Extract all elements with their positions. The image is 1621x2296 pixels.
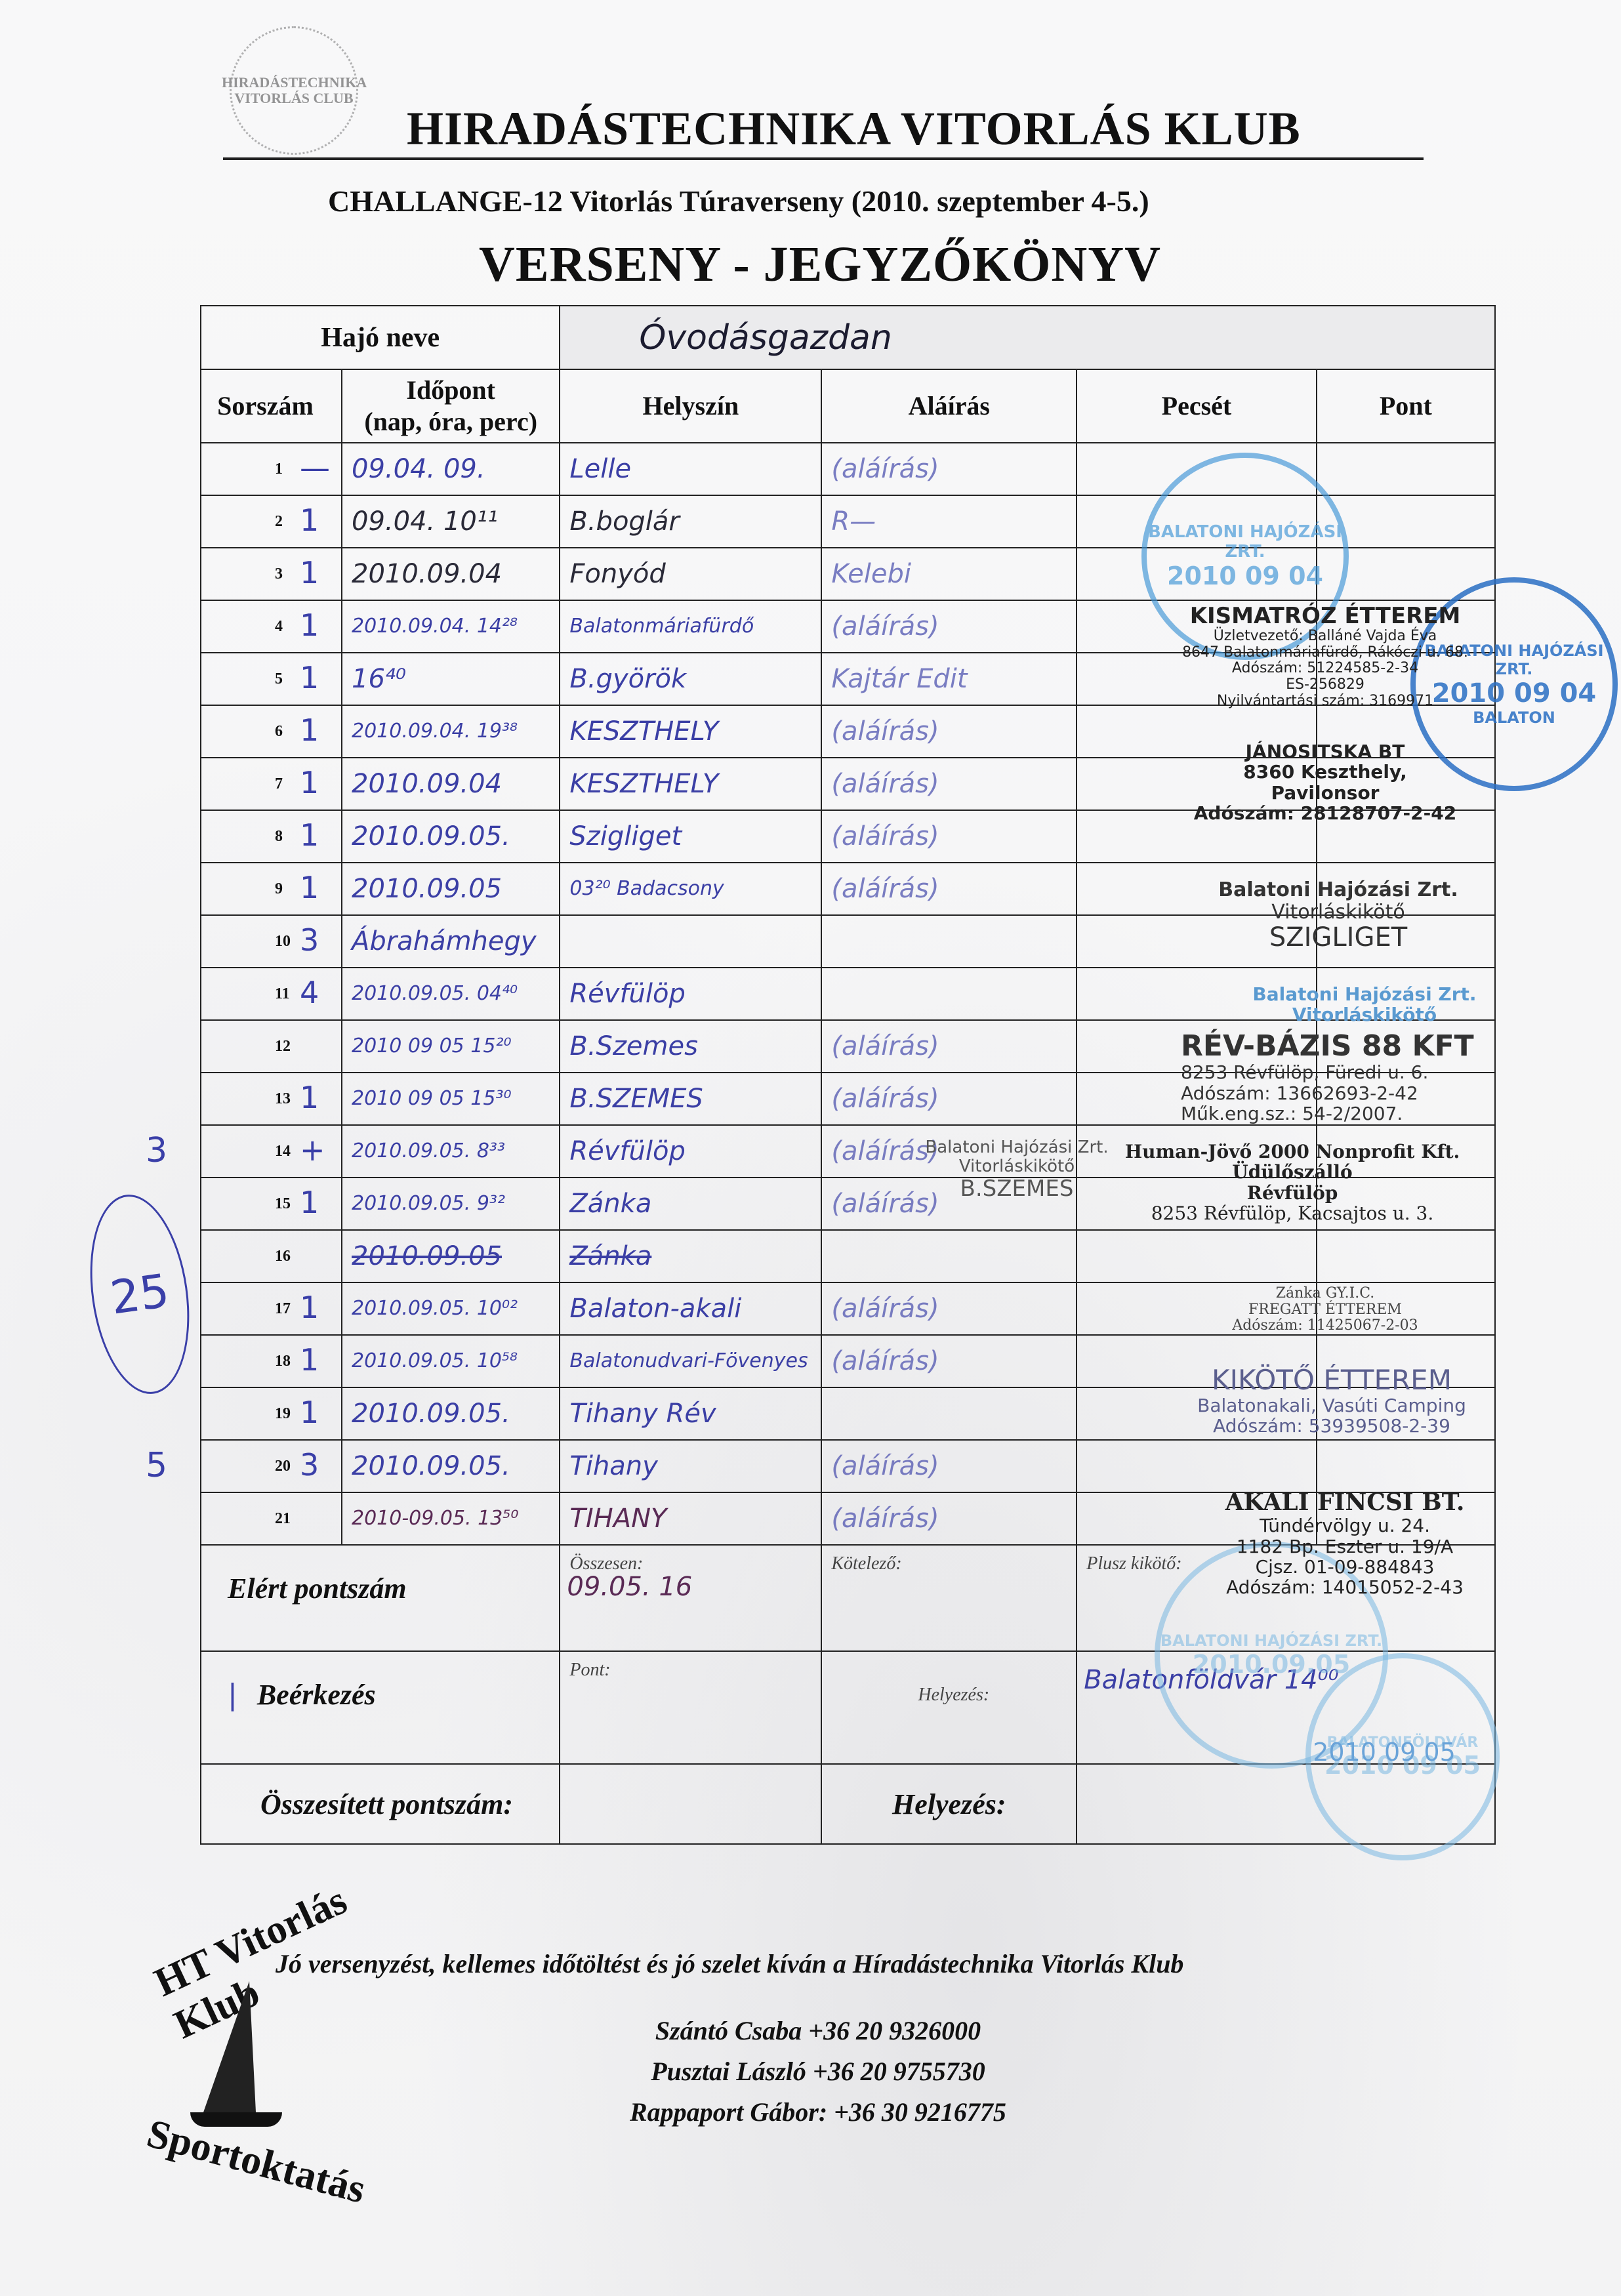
- aggregate-row: Összesített pontszám: Helyezés:: [201, 1764, 1495, 1844]
- stamp-rev-kft-line: 8253 Révfülöp, Füredi u. 6.: [1181, 1062, 1522, 1082]
- stamp-humanjovo-line: Révfülöp: [1069, 1183, 1515, 1203]
- row-place[interactable]: 03²⁰ Badacsony: [560, 863, 821, 915]
- row-signature[interactable]: Kajtár Edit: [821, 653, 1077, 705]
- stamp-akali-line: Adószám: 53939508-2-39: [1168, 1416, 1496, 1436]
- stamp-akali: KIKÖTŐ ÉTTEREM Balatonakali, Vasúti Camp…: [1168, 1364, 1496, 1437]
- row-number: 14: [275, 1143, 291, 1160]
- row-signature[interactable]: Kelebi: [821, 548, 1077, 600]
- col-header-time: Időpont (nap, óra, perc): [342, 369, 560, 443]
- row-time[interactable]: 2010.09.05. 10⁰²: [342, 1282, 560, 1335]
- col-header-place: Helyszín: [560, 369, 821, 443]
- row-number: 12: [275, 1038, 291, 1056]
- row-number-cell: 5203: [201, 1440, 342, 1492]
- row-place[interactable]: Révfülöp: [560, 1125, 821, 1178]
- arrival-text: Beérkezés: [257, 1679, 376, 1711]
- stamp-kismatroz-line: Adószám: 51224585-2-34: [1155, 661, 1496, 677]
- row-time[interactable]: 2010.09.04: [342, 548, 560, 600]
- row-number-cell: 171: [201, 1282, 342, 1335]
- row-number: 2: [275, 513, 283, 531]
- row-tick-mark: 1: [300, 660, 319, 695]
- row-number-cell: 71: [201, 758, 342, 810]
- row-number: 7: [275, 775, 283, 793]
- row-stamp[interactable]: [1077, 1440, 1316, 1492]
- stamp-keszthely-line: 8360 Keszthely,: [1181, 762, 1469, 782]
- round-stamp-top-date: 2010 09 04: [1147, 562, 1344, 590]
- row-signature[interactable]: (aláírás): [821, 863, 1077, 915]
- sailboat-icon: [203, 1981, 256, 2112]
- row-number-cell: 91: [201, 863, 342, 915]
- stamp-szigliget-line: Balatoni Hajózási Zrt.: [1200, 879, 1476, 901]
- plus-port-caption: Plusz kikötő:: [1086, 1553, 1181, 1574]
- arrival-label: |Beérkezés: [201, 1651, 560, 1764]
- mandatory-caption: Kötelező:: [831, 1553, 901, 1574]
- row-place[interactable]: Szigliget: [560, 810, 821, 863]
- row-tick-mark: 1: [300, 555, 319, 590]
- row-signature[interactable]: [821, 1387, 1077, 1440]
- row-time[interactable]: 2010.09.05. 8³³: [342, 1125, 560, 1178]
- row-signature[interactable]: R—: [821, 495, 1077, 548]
- stamp-keszthely-line: Pavilonsor: [1181, 783, 1469, 803]
- col-header-time-line2: (nap, óra, perc): [342, 406, 559, 438]
- row-signature[interactable]: (aláírás): [821, 600, 1077, 653]
- row-time[interactable]: 09.04. 09.: [342, 443, 560, 495]
- placement-caption: Helyezés:: [918, 1685, 989, 1705]
- row-number-cell: 314+: [201, 1125, 342, 1178]
- stamp-szigliget-line: SZIGLIGET: [1200, 923, 1476, 953]
- row-tick-mark: 1: [300, 1395, 319, 1430]
- ship-name-value[interactable]: Óvodásgazdan: [560, 306, 1495, 369]
- row-place[interactable]: [560, 915, 821, 968]
- row-number-cell: 151: [201, 1178, 342, 1230]
- col-header-time-line1: Időpont: [342, 375, 559, 406]
- row-signature[interactable]: [821, 968, 1077, 1020]
- stamp-zanka: Zánka GY.I.C. FREGATT ÉTTEREM Adószám: 1…: [1181, 1286, 1469, 1334]
- row-time[interactable]: 2010.09.04. 14²⁸: [342, 600, 560, 653]
- round-stamp-bottom-name: BALATONI HAJÓZÁSI ZRT.: [1160, 1631, 1382, 1650]
- row-number-cell: 61: [201, 705, 342, 758]
- row-tick-mark: 4: [300, 975, 319, 1010]
- row-tick-mark: 1: [300, 502, 319, 538]
- row-tick-mark: 1: [300, 712, 319, 748]
- stamp-humanjovo-line: Üdülőszálló: [1069, 1162, 1515, 1182]
- stamp-fincsi: AKALI FINCSI BT. Tündérvölgy u. 24. 1182…: [1187, 1489, 1502, 1598]
- stamp-zanka-line: FREGATT ÉTTEREM: [1181, 1302, 1469, 1319]
- row-place[interactable]: Révfülöp: [560, 968, 821, 1020]
- row-time[interactable]: 2010.09.05. 04⁴⁰: [342, 968, 560, 1020]
- row-place[interactable]: KESZTHELY: [560, 758, 821, 810]
- row-number-cell: 103: [201, 915, 342, 968]
- row-place[interactable]: Balaton-akali: [560, 1282, 821, 1335]
- row-time[interactable]: 09.04. 10¹¹: [342, 495, 560, 548]
- row-stamp[interactable]: [1077, 1230, 1316, 1282]
- row-place[interactable]: B.SZEMES: [560, 1073, 821, 1125]
- row-number: 1: [275, 461, 283, 478]
- ht-sailing-logo: HT Vitorlás Klub Sportoktatás: [131, 1902, 367, 2198]
- row-number: 18: [275, 1353, 291, 1370]
- row-number: 10: [275, 933, 291, 951]
- contact-list: Szántó Csaba +36 20 9326000 Pusztai Lász…: [630, 2011, 1006, 2133]
- row-place[interactable]: B.Szemes: [560, 1020, 821, 1073]
- row-tick-mark: 1: [300, 1290, 319, 1325]
- arrival-tick: |: [228, 1678, 237, 1712]
- row-time[interactable]: 2010.09.05: [342, 1230, 560, 1282]
- aggregate-value-cell[interactable]: [560, 1764, 821, 1844]
- stamp-humanjovo-line: Human-Jövő 2000 Nonprofit Kft.: [1069, 1141, 1515, 1162]
- stamp-plus-date: 2010 09 05: [1286, 1738, 1483, 1767]
- row-number-cell: 114: [201, 968, 342, 1020]
- row-tick-mark: 3: [300, 922, 319, 958]
- row-number: 5: [275, 670, 283, 688]
- stamp-zanka-line: Adószám: 11425067-2-03: [1181, 1318, 1469, 1334]
- row-time[interactable]: 2010.09.04: [342, 758, 560, 810]
- row-number-cell: 81: [201, 810, 342, 863]
- stamp-rev-kft: RÉV-BÁZIS 88 KFT 8253 Révfülöp, Füredi u…: [1181, 1030, 1522, 1124]
- row-number: 13: [275, 1090, 291, 1108]
- contact-line: Szántó Csaba +36 20 9326000: [630, 2011, 1006, 2051]
- margin-note: 5: [146, 1446, 167, 1485]
- row-signature[interactable]: (aláírás): [821, 1492, 1077, 1545]
- stamp-revfulop-blue-line: Balatoni Hajózási Zrt.: [1233, 984, 1496, 1004]
- stamp-szigliget-line: Vitorláskikötő: [1200, 901, 1476, 924]
- col-header-stamp: Pecsét: [1077, 369, 1316, 443]
- stamp-humanjovo: Human-Jövő 2000 Nonprofit Kft. Üdülőszál…: [1069, 1141, 1515, 1223]
- stamp-akali-line: Balatonakali, Vasúti Camping: [1168, 1395, 1496, 1416]
- stamp-keszthely-line: Adószám: 28128707-2-42: [1181, 803, 1469, 823]
- row-signature[interactable]: (aláírás): [821, 1282, 1077, 1335]
- row-time[interactable]: 2010-09.05. 13⁵⁰: [342, 1492, 560, 1545]
- row-time[interactable]: 2010.09.04. 19³⁸: [342, 705, 560, 758]
- row-signature[interactable]: (aláírás): [821, 1020, 1077, 1073]
- stamp-rev-kft-name: RÉV-BÁZIS 88 KFT: [1181, 1030, 1522, 1062]
- total-caption: Összesen:: [569, 1553, 643, 1574]
- stamp-keszthely: JÁNOSITSKA BT 8360 Keszthely, Pavilonsor…: [1181, 741, 1469, 823]
- stamp-kismatroz-line: Üzletvezető: Balláné Vajda Éva: [1155, 628, 1496, 645]
- row-signature[interactable]: (aláírás): [821, 1440, 1077, 1492]
- row-tick-mark: —: [300, 450, 330, 485]
- club-logo-stamp: HIRADÁSTECHNIKA VITORLÁS CLUB: [230, 26, 358, 155]
- row-number: 3: [275, 565, 283, 583]
- event-title: CHALLANGE-12 Vitorlás Túraverseny (2010.…: [328, 184, 1149, 218]
- points-caption: Pont:: [569, 1660, 610, 1680]
- row-number-cell: 131: [201, 1073, 342, 1125]
- row-signature[interactable]: [821, 1230, 1077, 1282]
- stamp-szemes-line: B.SZEMES: [905, 1176, 1128, 1201]
- stamp-kismatroz-line: 8647 Balatonmáriafürdő, Rákóczi u. 68.: [1155, 645, 1496, 661]
- col-header-points: Pont: [1317, 369, 1495, 443]
- row-number-cell: 21: [201, 1492, 342, 1545]
- row-number: 6: [275, 723, 283, 741]
- row-signature[interactable]: (aláírás): [821, 810, 1077, 863]
- row-place[interactable]: Tihany: [560, 1440, 821, 1492]
- row-number: 16: [275, 1248, 291, 1265]
- row-signature[interactable]: [821, 915, 1077, 968]
- row-number: 21: [275, 1510, 291, 1528]
- row-signature[interactable]: (aláírás): [821, 443, 1077, 495]
- row-number: 8: [275, 828, 283, 846]
- stamp-rev-kft-line: Műk.eng.sz.: 54-2/2007.: [1181, 1103, 1522, 1124]
- row-number: 15: [275, 1195, 291, 1213]
- row-number-cell: 16: [201, 1230, 342, 1282]
- row-time[interactable]: 2010.09.05: [342, 863, 560, 915]
- club-name: HIRADÁSTECHNIKA VITORLÁS KLUB: [407, 102, 1301, 156]
- stamp-kismatroz-line: Nyilvántartási szám: 3169971: [1155, 693, 1496, 710]
- stamp-szemes-line: Vitorláskikötő: [905, 1157, 1128, 1176]
- stamp-humanjovo-line: 8253 Révfülöp, Kacsajtos u. 3.: [1069, 1203, 1515, 1223]
- row-number: 20: [275, 1458, 291, 1475]
- row-time[interactable]: 2010 09 05 15³⁰: [342, 1073, 560, 1125]
- stamp-fincsi-line: Tündérvölgy u. 24.: [1187, 1515, 1502, 1536]
- achieved-points-text: Elért pontszám: [228, 1572, 407, 1605]
- row-number-cell: 51: [201, 653, 342, 705]
- ship-name-row: Hajó neve Óvodásgazdan: [201, 306, 1495, 369]
- row-points[interactable]: [1317, 1230, 1495, 1282]
- row-place[interactable]: B.györök: [560, 653, 821, 705]
- row-points[interactable]: [1317, 443, 1495, 495]
- aggregate-label: Összesített pontszám:: [201, 1764, 560, 1844]
- stamp-szemes: Balatoni Hajózási Zrt. Vitorláskikötő B.…: [905, 1138, 1128, 1201]
- row-time[interactable]: 2010.09.05.: [342, 1440, 560, 1492]
- row-number-cell: 1—: [201, 443, 342, 495]
- row-time[interactable]: 2010.09.05.: [342, 1387, 560, 1440]
- row-time[interactable]: 2010.09.05. 10⁵⁸: [342, 1335, 560, 1387]
- row-number-cell: 41: [201, 600, 342, 653]
- stamp-fincsi-name: AKALI FINCSI BT.: [1187, 1489, 1502, 1515]
- row-tick-mark: 3: [300, 1447, 319, 1483]
- row-signature[interactable]: (aláírás): [821, 758, 1077, 810]
- club-logo-stamp-text: HIRADÁSTECHNIKA VITORLÁS CLUB: [222, 75, 366, 106]
- row-place[interactable]: KESZTHELY: [560, 705, 821, 758]
- round-stamp-top-name: BALATONI HAJÓZÁSI ZRT.: [1147, 522, 1344, 562]
- row-place[interactable]: Balatonudvari-Fövenyes: [560, 1335, 821, 1387]
- row-place[interactable]: TIHANY: [560, 1492, 821, 1545]
- achieved-points-label: Elért pontszám: [201, 1545, 560, 1651]
- stamp-fincsi-line: 1182 Bp. Eszter u. 19/A: [1187, 1536, 1502, 1557]
- stamp-akali-name: KIKÖTŐ ÉTTEREM: [1168, 1364, 1496, 1395]
- achieved-handwritten: 09.05. 16: [567, 1572, 692, 1602]
- row-tick-mark: +: [300, 1132, 325, 1168]
- table-header: Sorszám Időpont (nap, óra, perc) Helyszí…: [201, 369, 1495, 443]
- title-divider: [223, 157, 1424, 160]
- row-tick-mark: 1: [300, 1185, 319, 1220]
- stamp-fincsi-line: Cjsz. 01-09-884843: [1187, 1557, 1502, 1577]
- stamp-revfulop-blue: Balatoni Hajózási Zrt. Vitorláskikötő: [1233, 984, 1496, 1025]
- margin-note: 3: [146, 1131, 167, 1170]
- row-tick-mark: 1: [300, 765, 319, 800]
- row-place[interactable]: Tihany Rév: [560, 1387, 821, 1440]
- col-header-signature: Aláírás: [821, 369, 1077, 443]
- contact-line: Rappaport Gábor: +36 30 9216775: [630, 2092, 1006, 2133]
- stamp-zanka-line: Zánka GY.I.C.: [1181, 1286, 1469, 1302]
- row-number: 19: [275, 1405, 291, 1423]
- table-row: 52032010.09.05.Tihany(aláírás): [201, 1440, 1495, 1492]
- stamp-revfulop-blue-line: Vitorláskikötő: [1233, 1004, 1496, 1025]
- stamp-rev-kft-line: Adószám: 13662693-2-42: [1181, 1083, 1522, 1103]
- row-tick-mark: 1: [300, 1080, 319, 1115]
- row-time[interactable]: 16⁴⁰: [342, 653, 560, 705]
- row-number-cell: 191: [201, 1387, 342, 1440]
- col-header-no: Sorszám: [201, 369, 342, 443]
- row-number-cell: 31: [201, 548, 342, 600]
- row-place[interactable]: B.boglár: [560, 495, 821, 548]
- stamp-szemes-line: Balatoni Hajózási Zrt.: [905, 1138, 1128, 1157]
- table-row: 162010.09.05Zánka: [201, 1230, 1495, 1282]
- row-place[interactable]: Zánka: [560, 1178, 821, 1230]
- stamp-fincsi-line: Adószám: 14015052-2-43: [1187, 1577, 1502, 1597]
- row-place[interactable]: Zánka: [560, 1230, 821, 1282]
- row-number-cell: 181: [201, 1335, 342, 1387]
- row-tick-mark: 1: [300, 870, 319, 905]
- closing-wish: Jó versenyzést, kellemes időtöltést és j…: [276, 1948, 1183, 1979]
- round-stamp-right-place: BALATON: [1416, 708, 1612, 727]
- row-place[interactable]: Lelle: [560, 443, 821, 495]
- row-place[interactable]: Balatonmáriafürdő: [560, 600, 821, 653]
- row-number: 17: [275, 1300, 291, 1318]
- stamp-keszthely-line: JÁNOSITSKA BT: [1181, 741, 1469, 762]
- contact-line: Pusztai László +36 20 9755730: [630, 2051, 1006, 2092]
- row-time[interactable]: Ábrahámhegy: [342, 915, 560, 968]
- ship-name-label: Hajó neve: [201, 306, 560, 369]
- row-time[interactable]: 2010.09.05.: [342, 810, 560, 863]
- row-tick-mark: 1: [300, 607, 319, 643]
- mandatory-cell[interactable]: Kötelező:: [821, 1545, 1077, 1651]
- arrival-points-cell[interactable]: Pont:: [560, 1651, 821, 1764]
- row-tick-mark: 1: [300, 817, 319, 853]
- stamp-kismatroz-name: KISMATRÓZ ÉTTEREM: [1155, 604, 1496, 628]
- aggregate-placement-label: Helyezés:: [821, 1764, 1077, 1844]
- row-number-cell: 21: [201, 495, 342, 548]
- row-signature[interactable]: (aláírás): [821, 1335, 1077, 1387]
- stamp-kismatroz: KISMATRÓZ ÉTTEREM Üzletvezető: Balláné V…: [1155, 604, 1496, 709]
- row-number: 11: [275, 985, 290, 1003]
- row-points[interactable]: [1317, 1440, 1495, 1492]
- stamp-szigliget: Balatoni Hajózási Zrt. Vitorláskikötő SZ…: [1200, 879, 1476, 953]
- row-tick-mark: 1: [300, 1342, 319, 1378]
- stamp-kismatroz-line: ES-256829: [1155, 677, 1496, 693]
- row-number-cell: 12: [201, 1020, 342, 1073]
- margin-circled-note: 25: [78, 1188, 201, 1400]
- document-title: VERSENY - JEGYZŐKÖNYV: [479, 236, 1161, 293]
- total-cell[interactable]: Összesen: 09.05. 16: [560, 1545, 821, 1651]
- arrival-placement-cell[interactable]: Helyezés:: [821, 1651, 1077, 1764]
- row-number: 4: [275, 618, 283, 636]
- row-time[interactable]: 2010 09 05 15²⁰: [342, 1020, 560, 1073]
- row-signature[interactable]: (aláírás): [821, 1073, 1077, 1125]
- row-place[interactable]: Fonyód: [560, 548, 821, 600]
- row-number: 9: [275, 880, 283, 898]
- row-signature[interactable]: (aláírás): [821, 705, 1077, 758]
- row-time[interactable]: 2010.09.05. 9³²: [342, 1178, 560, 1230]
